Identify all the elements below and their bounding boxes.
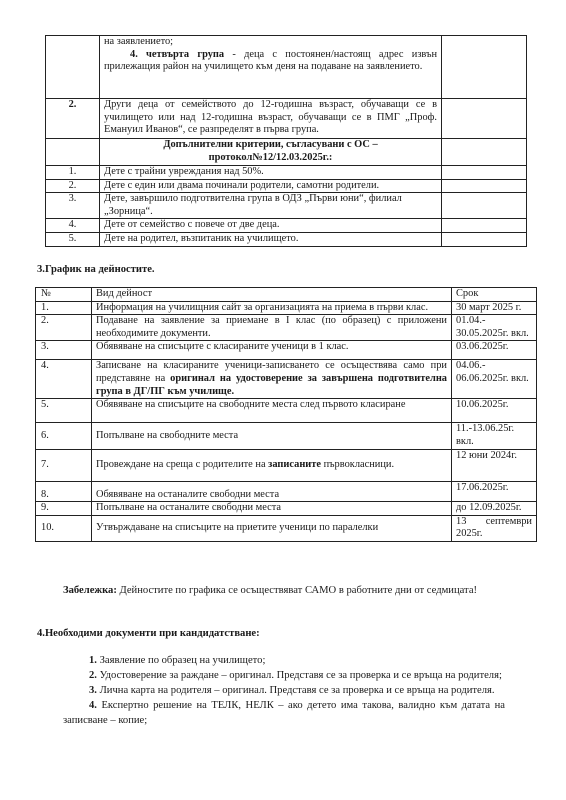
deadline-text: 13 септември 2025г. xyxy=(452,515,537,541)
activity-text: Информация на училищния сайт за организа… xyxy=(92,301,452,315)
row-number xyxy=(46,139,100,166)
row-number: 3. xyxy=(46,193,100,219)
row-number: 5. xyxy=(36,399,92,423)
criteria-text: на заявлението; 4. четвърта група - деца… xyxy=(100,36,442,99)
activity-text: Обявяване на списъците на свободните мес… xyxy=(92,399,452,423)
deadline-text: 01.04.- 30.05.2025г. вкл. xyxy=(452,315,537,341)
row-number: 2. xyxy=(36,315,92,341)
empty-cell xyxy=(442,166,527,180)
activity-text: Обявяване на останалите свободни места xyxy=(92,482,452,502)
item-number: 4. xyxy=(89,700,97,711)
activity-plain: Провеждане на среща с родителите на xyxy=(96,459,268,470)
deadline-text: 04.06.- 06.06.2025г. вкл. xyxy=(452,360,537,399)
deadline-text: 17.06.2025г. xyxy=(452,482,537,502)
schedule-note: Забележка: Дейностите по графика се осъщ… xyxy=(63,583,503,598)
table-row: 2. Дете с един или двама починали родите… xyxy=(46,179,527,193)
deadline-text: 10.06.2025г. xyxy=(452,399,537,423)
table-row: 6. Попълване на свободните места 11.-13.… xyxy=(36,423,537,450)
deadline-text: до 12.09.2025г. xyxy=(452,502,537,516)
group-label: 4. четвърта група xyxy=(130,49,224,60)
table-row: на заявлението; 4. четвърта група - деца… xyxy=(46,36,527,99)
item-number: 2. xyxy=(89,670,97,681)
column-header-activity: Вид дейност xyxy=(92,288,452,302)
activity-text: Утвърждаване на списъците на приетите уч… xyxy=(92,515,452,541)
row-number: 2. xyxy=(46,99,100,139)
table-row: 2. Други деца от семейството до 12-годиш… xyxy=(46,99,527,139)
row-number: 1. xyxy=(36,301,92,315)
row-number: 4. xyxy=(36,360,92,399)
deadline-text: 12 юни 2024г. xyxy=(452,450,537,482)
note-text: Дейностите по графика се осъществяват СА… xyxy=(117,585,477,596)
table-row: 5. Дете на родител, възпитаник на училищ… xyxy=(46,232,527,246)
row-number: 3. xyxy=(36,341,92,360)
activity-text: Обявяване на списъците с класираните уче… xyxy=(92,341,452,360)
table-row: 4. Записване на класираните ученици-запи… xyxy=(36,360,537,399)
criteria-text: Дете с трайни увреждания над 50%. xyxy=(100,166,442,180)
list-item: 4. Експертно решение на ТЕЛК, НЕЛК – ако… xyxy=(63,698,505,728)
row-number: 4. xyxy=(46,219,100,233)
row-number: 5. xyxy=(46,232,100,246)
row-number: 9. xyxy=(36,502,92,516)
section-heading-schedule: 3.График на дейностите. xyxy=(37,264,155,277)
row-number xyxy=(46,36,100,99)
criteria-text: Дете от семейство с повече от две деца. xyxy=(100,219,442,233)
list-item: 3. Лична карта на родителя – оригинал. П… xyxy=(63,683,505,698)
empty-cell xyxy=(442,232,527,246)
table-row: 1. Информация на училищния сайт за орган… xyxy=(36,301,537,315)
item-number: 3. xyxy=(89,685,97,696)
list-item: 2. Удостоверение за раждане – оригинал. … xyxy=(63,668,505,683)
row-number: 2. xyxy=(46,179,100,193)
table-row: 3. Дете, завършило подготвителна група в… xyxy=(46,193,527,219)
criteria-text: Дете с един или двама починали родители,… xyxy=(100,179,442,193)
empty-cell xyxy=(442,219,527,233)
section-heading-documents: 4.Необходими документи при кандидатстван… xyxy=(37,628,260,641)
item-text: Лична карта на родителя – оригинал. Пред… xyxy=(97,685,495,696)
table-row: 4. Дете от семейство с повече от две дец… xyxy=(46,219,527,233)
activity-text: Попълване на свободните места xyxy=(92,423,452,450)
item-text: Заявление по образец на училището; xyxy=(97,655,265,666)
table-header-row: № Вид дейност Срок xyxy=(36,288,537,302)
column-header-deadline: Срок xyxy=(452,288,537,302)
table-row: 7. Провеждане на среща с родителите на з… xyxy=(36,450,537,482)
empty-cell xyxy=(442,99,527,139)
criteria-text: Други деца от семейството до 12-годишна … xyxy=(100,99,442,139)
criteria-text: Дете, завършило подготвителна група в ОД… xyxy=(100,193,442,219)
row-number: 10. xyxy=(36,515,92,541)
note-label: Забележка: xyxy=(63,585,117,596)
activity-text: Подаване на заявление за приемане в I кл… xyxy=(92,315,452,341)
row-number: 6. xyxy=(36,423,92,450)
criteria-text: Дете на родител, възпитаник на училището… xyxy=(100,232,442,246)
row-number: 1. xyxy=(46,166,100,180)
activity-text: Записване на класираните ученици-записва… xyxy=(92,360,452,399)
row-number: 7. xyxy=(36,450,92,482)
empty-cell xyxy=(442,193,527,219)
deadline-text: 30 март 2025 г. xyxy=(452,301,537,315)
table-row: 3. Обявяване на списъците с класираните … xyxy=(36,341,537,360)
item-number: 1. xyxy=(89,655,97,666)
schedule-table: № Вид дейност Срок 1. Информация на учил… xyxy=(35,287,537,542)
row-number: 8. xyxy=(36,482,92,502)
table-row: 1. Дете с трайни увреждания над 50%. xyxy=(46,166,527,180)
deadline-text: 11.-13.06.25г. вкл. xyxy=(452,423,537,450)
activity-text: Провеждане на среща с родителите на запи… xyxy=(92,450,452,482)
table-row: 2. Подаване на заявление за приемане в I… xyxy=(36,315,537,341)
criteria-table: на заявлението; 4. четвърта група - деца… xyxy=(45,35,527,247)
empty-cell xyxy=(442,179,527,193)
activity-text: Попълване на останалите свободни места xyxy=(92,502,452,516)
table-row: Допълнителни критерии, съгласувани с ОС … xyxy=(46,139,527,166)
activity-plain: първокласници. xyxy=(321,459,394,470)
empty-cell xyxy=(442,139,527,166)
documents-list: 1. Заявление по образец на училището; 2.… xyxy=(63,653,505,728)
empty-cell xyxy=(442,36,527,99)
criteria-intro: на заявлението; xyxy=(104,36,437,49)
column-header-num: № xyxy=(36,288,92,302)
table-row: 10. Утвърждаване на списъците на приетит… xyxy=(36,515,537,541)
table-row: 5. Обявяване на списъците на свободните … xyxy=(36,399,537,423)
item-text: Удостоверение за раждане – оригинал. Пре… xyxy=(97,670,502,681)
table-row: 8. Обявяване на останалите свободни мест… xyxy=(36,482,537,502)
list-item: 1. Заявление по образец на училището; xyxy=(63,653,505,668)
item-text: Експертно решение на ТЕЛК, НЕЛК – ако де… xyxy=(63,700,505,726)
additional-criteria-header: Допълнителни критерии, съгласувани с ОС … xyxy=(100,139,442,166)
deadline-text: 03.06.2025г. xyxy=(452,341,537,360)
table-row: 9. Попълване на останалите свободни мест… xyxy=(36,502,537,516)
activity-bold: записаните xyxy=(268,459,321,470)
